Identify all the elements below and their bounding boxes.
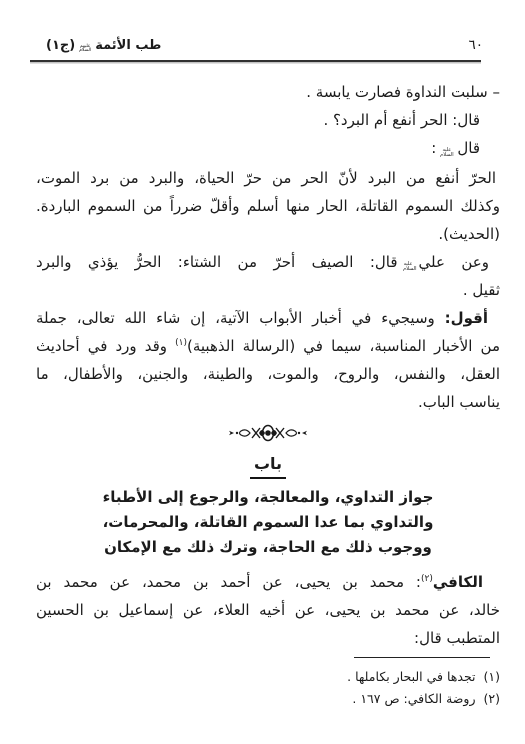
- body-line: العقل، والنفس، والروح، والموت، والطينة، …: [36, 360, 500, 388]
- source-title: الكافي: [433, 573, 483, 591]
- footnote-text: تجدها في البحار بكاملها .: [347, 666, 475, 688]
- running-title: طب الأئمةعليهم السلام(ج١): [46, 38, 161, 53]
- alayhim-salam-calligraphy-icon: عليهم السلام: [77, 45, 93, 53]
- book-page: ٦٠ طب الأئمةعليهم السلام(ج١) – سلبت الند…: [0, 0, 525, 744]
- header-rule: [30, 60, 481, 62]
- body-line: خالد، عن محمد بن يحيى، عن أخيه العلاء، ع…: [36, 596, 500, 624]
- bab-underline: [250, 477, 286, 479]
- body-line: (الحديث).: [36, 220, 500, 248]
- body-line: يناسب الباب.: [36, 388, 500, 416]
- body-line: المتطبب قال:: [36, 624, 500, 652]
- body-line: أقول: وسيجيء في أخبار الأبواب الآتية، إن…: [36, 304, 500, 332]
- body-line: قال: الحر أنفع أم البرد؟ .: [36, 106, 500, 134]
- body-line: وكذلك السموم القاتلة، الحار منها أسلم وأ…: [36, 192, 500, 220]
- footnote-ref-2: (٢): [421, 574, 433, 584]
- body-line: قالعليه السلام:: [36, 134, 500, 162]
- page-number: ٦٠: [468, 37, 483, 53]
- body-line: وعن عليعليه السلامقال: الصيف أحرّ من الش…: [36, 248, 500, 276]
- isnad-paragraph: الكافي(٢): محمد بن يحيى، عن أحمد بن محمد…: [36, 568, 500, 652]
- running-title-text: طب الأئمة: [95, 38, 161, 53]
- chapter-bab-heading: باب: [36, 455, 500, 473]
- body-line: الكافي(٢): محمد بن يحيى، عن أحمد بن محمد…: [36, 568, 500, 596]
- footnote-item: (٢) روضة الكافي: ص ١٦٧ .: [36, 688, 500, 710]
- body-line: ثقيل .: [36, 276, 500, 304]
- footnote-separator: [354, 657, 490, 658]
- ornament-divider-icon: [226, 424, 310, 442]
- body-line: الحرّ أنفع من البرد لأنّ الحر من حرّ الح…: [36, 164, 500, 192]
- chapter-title-line: جواز التداوي، والمعالجة، والرجوع إلى الأ…: [36, 485, 500, 510]
- footnote-number: (١): [484, 666, 501, 688]
- chapter-title: جواز التداوي، والمعالجة، والرجوع إلى الأ…: [36, 485, 500, 560]
- footnote-ref-1: (١): [175, 338, 187, 348]
- body-line-dash: – سلبت النداوة فصارت يابسة .: [36, 78, 500, 106]
- footnote-item: (١) تجدها في البحار بكاملها .: [36, 666, 500, 688]
- body-line: من الأخبار المناسبة، سيما في (الرسالة ال…: [36, 332, 500, 360]
- section-divider: [36, 424, 500, 442]
- chapter-title-line: والتداوي بما عدا السموم القاتلة، والمحرم…: [36, 510, 500, 535]
- alayhi-salam-calligraphy-icon: عليه السلام: [400, 262, 417, 271]
- chapter-title-line: ووجوب ذلك مع الحاجة، وترك ذلك مع الإمكان: [36, 535, 500, 560]
- alayhi-salam-calligraphy-icon: عليه السلام: [438, 148, 455, 157]
- footnotes: (١) تجدها في البحار بكاملها . (٢) روضة ا…: [36, 666, 500, 710]
- footnote-text: روضة الكافي: ص ١٦٧ .: [352, 688, 475, 710]
- page-header: ٦٠ طب الأئمةعليهم السلام(ج١): [46, 37, 483, 53]
- body-text: – سلبت النداوة فصارت يابسة . قال: الحر أ…: [36, 78, 500, 710]
- aqul-lead-word: أقول:: [445, 309, 488, 327]
- footnote-number: (٢): [484, 688, 501, 710]
- running-title-volume: (ج١): [46, 38, 75, 53]
